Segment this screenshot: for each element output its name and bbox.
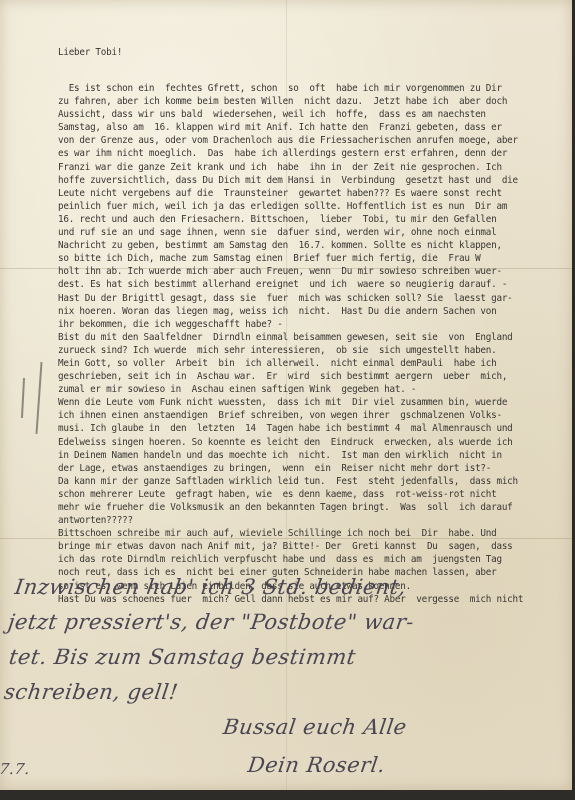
scan-background-edge	[0, 790, 575, 800]
letter-page: Lieber Tobi! Es ist schon ein fechtes Gf…	[0, 0, 572, 790]
handwritten-postscript: Inzwischen hab' ich 3 Std. bedient, jetz…	[0, 0, 575, 790]
postscript-closing: Bussal euch Alle	[222, 715, 409, 739]
postscript-line: Inzwischen hab' ich 3 Std. bedient,	[13, 575, 408, 599]
postscript-signature: Dein Roserl.	[246, 753, 387, 777]
postscript-line: jetzt pressiert's, der "Postbote" war-	[6, 610, 415, 634]
postscript-date: 7.7.	[0, 760, 31, 778]
postscript-line: tet. Bis zum Samstag bestimmt	[7, 645, 357, 669]
postscript-line: schreiben, gell!	[3, 680, 180, 704]
